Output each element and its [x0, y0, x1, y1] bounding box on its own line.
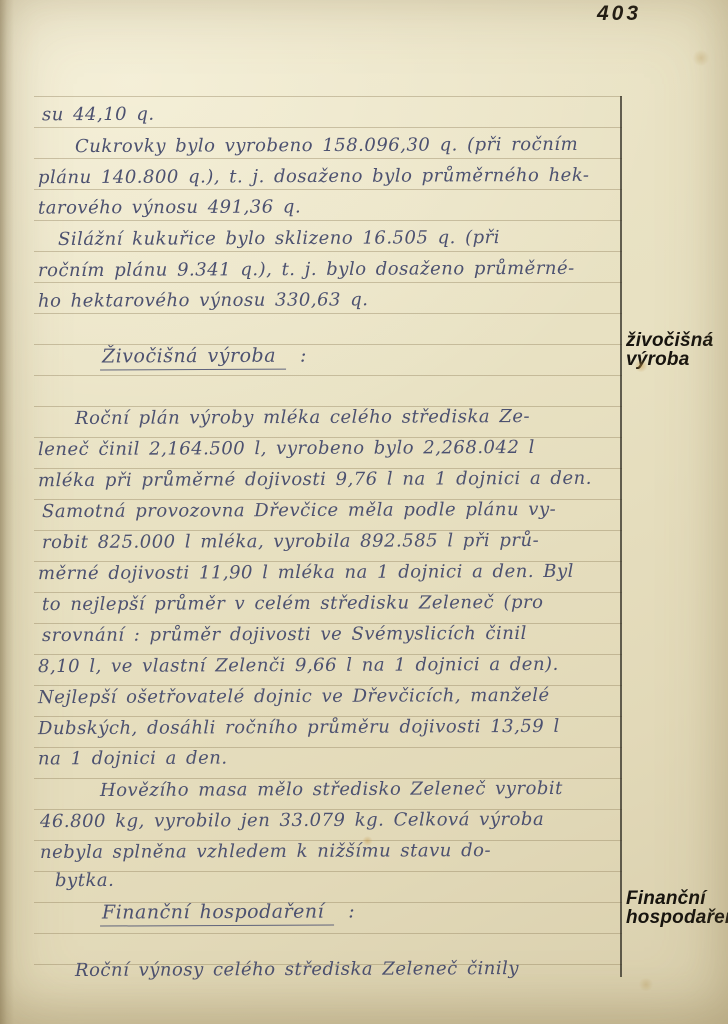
heading-text: Finanční hospodaření: [100, 901, 334, 927]
handwritten-line: 8,10 l, ve vlastní Zelenči 9,66 l na 1 d…: [38, 652, 559, 679]
handwritten-line: Hovězího masa mělo středisko Zeleneč vyr…: [100, 776, 563, 803]
heading-colon: :: [348, 900, 355, 922]
handwritten-line: Roční výnosy celého střediska Zeleneč či…: [75, 956, 519, 983]
foxing-spot: [692, 50, 710, 66]
handwritten-line: nebyla splněna vzhledem k nižšímu stavu …: [40, 838, 491, 865]
handwritten-line: 46.800 kg, vyrobilo jen 33.079 kg. Celko…: [40, 807, 544, 834]
handwritten-line: ho hektarového výnosu 330,63 q.: [38, 287, 369, 313]
page-number: 403: [597, 2, 641, 26]
margin-note-line: Finanční: [626, 889, 728, 908]
section-heading-finance: Finanční hospodaření:: [100, 899, 355, 925]
handwritten-line: měrné dojivosti 11,90 l mléka na 1 dojni…: [38, 559, 574, 586]
margin-note-line: hospodaření: [626, 908, 728, 927]
handwritten-line: to nejlepší průměr v celém středisku Zel…: [42, 590, 544, 617]
scanned-chronicle-page: 403 su 44,10 q. Cukrovky bylo vyrobeno 1…: [0, 0, 728, 1024]
handwritten-line: tarového výnosu 491,36 q.: [38, 194, 301, 220]
foxing-spot: [638, 978, 654, 991]
handwritten-line: Cukrovky bylo vyrobeno 158.096,30 q. (př…: [75, 132, 578, 159]
handwritten-line: plánu 140.800 q.), t. j. dosaženo bylo p…: [38, 163, 590, 190]
handwritten-line: su 44,10 q.: [42, 102, 155, 127]
binding-shadow: [0, 0, 14, 1024]
margin-note-finance: Finanční hospodaření: [626, 889, 728, 927]
margin-divider-line: [620, 96, 622, 977]
handwritten-line: srovnání : průměr dojivosti ve Svémyslic…: [42, 621, 527, 648]
margin-note-line: výroba: [626, 350, 728, 369]
handwritten-line: Roční plán výroby mléka celého střediska…: [75, 404, 530, 431]
handwritten-line: robit 825.000 l mléka, vyrobila 892.585 …: [42, 528, 539, 555]
handwritten-line: Nejlepší ošetřovatelé dojnic ve Dřevčicí…: [38, 683, 550, 710]
handwritten-line: ročním plánu 9.341 q.), t. j. bylo dosaž…: [38, 256, 575, 283]
handwritten-line: Samotná provozovna Dřevčice měla podle p…: [42, 497, 556, 524]
handwritten-line: bytka.: [55, 868, 114, 893]
handwritten-line: mléka při průměrné dojivosti 9,76 l na 1…: [38, 466, 592, 493]
handwritten-line: leneč činil 2,164.500 l, vyrobeno bylo 2…: [38, 435, 535, 462]
handwritten-line: Dubských, dosáhli ročního průměru dojivo…: [38, 714, 560, 741]
handwritten-line: na 1 dojnici a den.: [38, 746, 228, 772]
margin-note-livestock: živočišná výroba: [626, 331, 728, 369]
heading-colon: :: [300, 345, 307, 367]
handwritten-line: Silážní kukuřice bylo sklizeno 16.505 q.…: [58, 225, 500, 252]
section-heading-livestock: Živočišná výroba:: [100, 344, 307, 370]
heading-text: Živočišná výroba: [100, 345, 286, 371]
margin-note-line: živočišná: [626, 331, 728, 350]
